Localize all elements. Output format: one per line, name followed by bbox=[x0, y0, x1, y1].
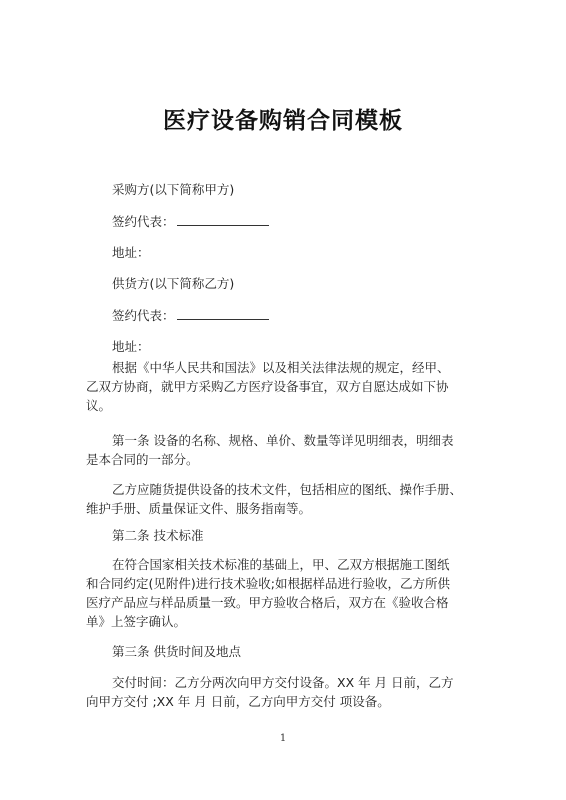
article2-line-1: 在符合国家相关技术标准的基础上，甲、乙双方根据施工图纸 bbox=[112, 555, 450, 574]
buyer-label: 采购方(以下简称甲方) bbox=[112, 180, 234, 199]
seller-label: 供货方(以下简称乙方) bbox=[112, 274, 234, 293]
preamble-line-3: 议。 bbox=[86, 396, 111, 415]
buyer-address-label: 地址： bbox=[112, 243, 150, 262]
preamble-line-2: 乙双方协商，就甲方采购乙方医疗设备事宜，双方自愿达成如下协 bbox=[86, 377, 449, 396]
seller-rep-blank bbox=[177, 309, 269, 320]
preamble-line-1: 根据《中华人民共和国法》以及相关法律法规的规定，经甲、 bbox=[112, 358, 450, 377]
article1-line-2: 是本合同的一部分。 bbox=[86, 450, 199, 469]
article2-heading: 第二条 技术标准 bbox=[112, 526, 203, 545]
document-title: 医疗设备购销合同模板 bbox=[0, 102, 566, 135]
buyer-rep-blank bbox=[177, 215, 269, 226]
article2-line-4: 单》上签字确认。 bbox=[86, 612, 186, 631]
article1-docs-line-1: 乙方应随货提供设备的技术文件，包括相应的图纸、操作手册、 bbox=[112, 480, 462, 499]
buyer-rep-row: 签约代表： bbox=[112, 212, 269, 231]
article2-line-2: 和合同约定(见附件)进行技术验收;如根据样品进行验收，乙方所供 bbox=[86, 574, 450, 593]
article2-line-3: 医疗产品应与样品质量一致。甲方验收合格后，双方在《验收合格 bbox=[86, 593, 449, 612]
document-page: 医疗设备购销合同模板 采购方(以下简称甲方) 签约代表： 地址： 供货方(以下简… bbox=[0, 0, 566, 800]
buyer-rep-label: 签约代表： bbox=[112, 214, 175, 229]
article1-line-1: 第一条 设备的名称、规格、单价、数量等详见明细表，明细表 bbox=[112, 431, 453, 450]
article1-docs-line-2: 维护手册、质量保证文件、服务指南等。 bbox=[86, 499, 311, 518]
article3-line-1: 交付时间：乙方分两次向甲方交付设备。XX 年 月 日前，乙方 bbox=[112, 673, 454, 692]
seller-address-label: 地址： bbox=[112, 337, 150, 356]
seller-rep-label: 签约代表： bbox=[112, 308, 175, 323]
article3-line-2: 向甲方交付 ;XX 年 月 日前，乙方向甲方交付 项设备。 bbox=[86, 692, 390, 711]
article3-heading: 第三条 供货时间及地点 bbox=[112, 642, 241, 661]
seller-rep-row: 签约代表： bbox=[112, 306, 269, 325]
page-number: 1 bbox=[0, 733, 566, 744]
